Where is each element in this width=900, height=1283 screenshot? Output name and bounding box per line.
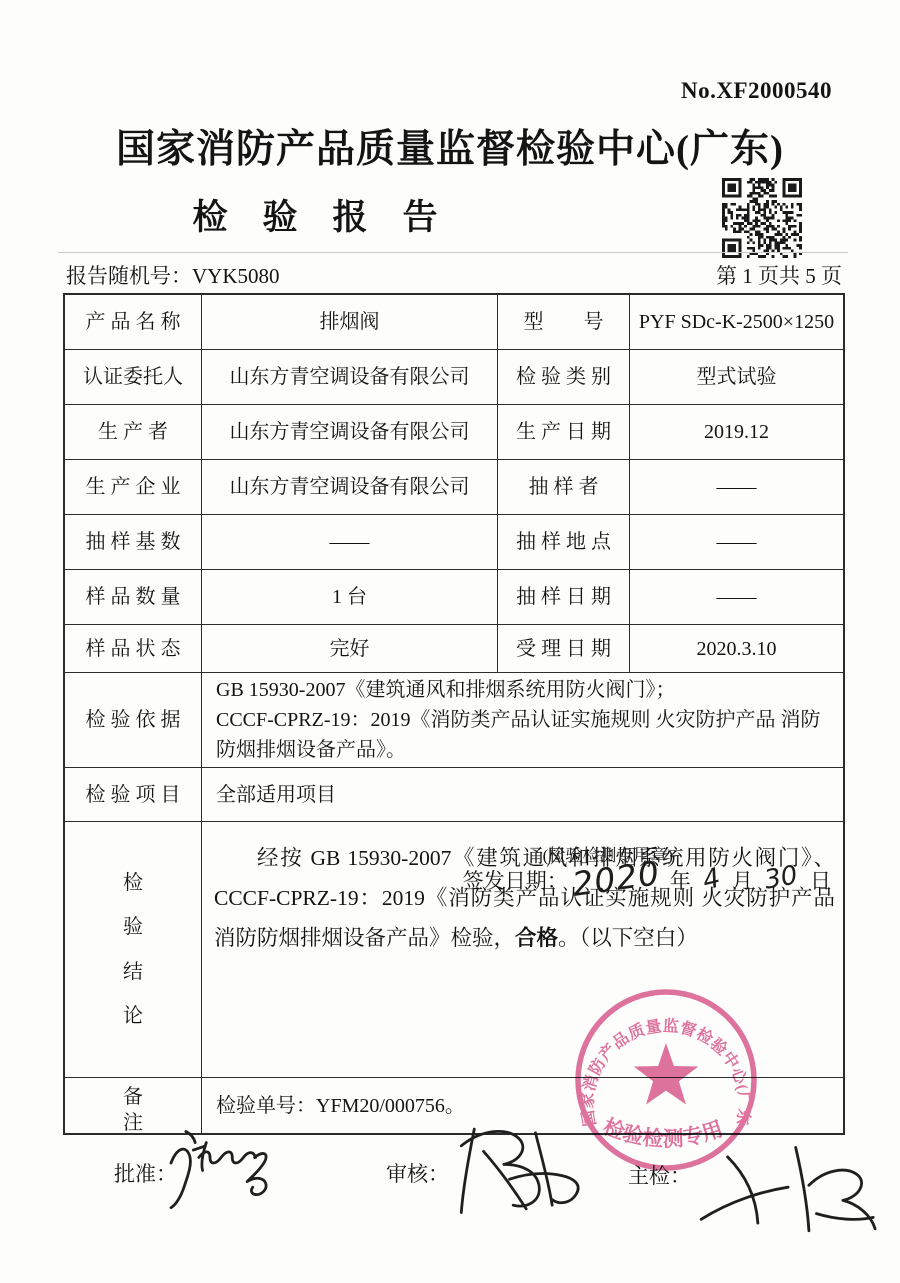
value-manufacturer: 山东方青空调设备有限公司 (202, 460, 498, 515)
value-test-basis: GB 15930-2007《建筑通风和排烟系统用防火阀门》； CCCF-CPRZ… (202, 673, 843, 768)
month-unit: 月 (732, 869, 753, 893)
conclusion-text-after: 。（以下空白） (558, 926, 698, 950)
value-model: PYF SDc-K-2500×1250 (630, 295, 843, 350)
remark-label-char: 注 (123, 1110, 143, 1136)
issue-date-line: 签发日期：2020年4月30日 (463, 856, 837, 899)
value-product-name: 排烟阀 (202, 295, 498, 350)
label-sampling-place: 抽 样 地 点 (498, 515, 630, 570)
conclusion-grade: 合格 (515, 926, 558, 950)
scan-separator-line (58, 252, 848, 253)
random-no-label: 报告随机号： (66, 260, 192, 290)
report-table: 产 品 名 称 排烟阀 型 号 PYF SDc-K-2500×1250 认证委托… (63, 293, 845, 1135)
value-test-conclusion: 经按 GB 15930-2007《建筑通风和排烟系统用防火阀门》、CCCF-CP… (202, 822, 843, 1078)
year-unit: 年 (670, 869, 691, 893)
conclusion-label-char: 验 (123, 914, 143, 940)
value-sample-state: 完好 (202, 625, 498, 673)
center-name-title: 国家消防产品质量监督检验中心(广东) (0, 118, 900, 174)
handwritten-month: 4 (699, 861, 724, 899)
value-test-items: 全部适用项目 (202, 768, 843, 822)
approve-signature (158, 1124, 288, 1216)
value-sampling-date: —— (630, 570, 843, 625)
label-sample-quantity: 样 品 数 量 (65, 570, 202, 625)
report-random-number: 报告随机号： VYK5080 (66, 260, 280, 290)
qr-code (722, 176, 802, 260)
remark-label-char: 备 (123, 1084, 143, 1110)
chief-signature (695, 1138, 885, 1242)
value-sampler: —— (630, 460, 843, 515)
value-producer: 山东方青空调设备有限公司 (202, 405, 498, 460)
page-indicator: 第 1 页共 5 页 (716, 260, 842, 290)
label-producer: 生 产 者 (65, 405, 202, 460)
meta-row: 报告随机号： VYK5080 第 1 页共 5 页 (66, 260, 842, 290)
value-sampling-place: —— (630, 515, 843, 570)
label-test-conclusion: 检 验 结 论 (65, 822, 202, 1078)
handwritten-year: 2020 (569, 852, 662, 907)
label-manufacturer: 生 产 企 业 (65, 460, 202, 515)
value-applicant: 山东方青空调设备有限公司 (202, 350, 498, 405)
inspection-report-page: No.XF2000540 国家消防产品质量监督检验中心(广东) 检 验 报 告 … (0, 0, 900, 1283)
value-acceptance-date: 2020.3.10 (630, 625, 843, 673)
label-applicant: 认证委托人 (65, 350, 202, 405)
value-sampling-base: —— (202, 515, 498, 570)
label-production-date: 生 产 日 期 (498, 405, 630, 460)
label-sampling-base: 抽 样 基 数 (65, 515, 202, 570)
label-sampler: 抽 样 者 (498, 460, 630, 515)
review-signature (436, 1118, 596, 1220)
label-test-type: 检 验 类 别 (498, 350, 630, 405)
label-acceptance-date: 受 理 日 期 (498, 625, 630, 673)
value-test-type: 型式试验 (630, 350, 843, 405)
value-sample-quantity: 1 台 (202, 570, 498, 625)
handwritten-day: 30 (762, 860, 800, 899)
day-unit: 日 (810, 869, 831, 893)
conclusion-label-char: 论 (123, 1003, 143, 1029)
label-test-items: 检 验 项 目 (65, 768, 202, 822)
random-no-value: VYK5080 (192, 264, 280, 289)
chief-label: 主检： (628, 1160, 691, 1190)
label-test-basis: 检 验 依 据 (65, 673, 202, 768)
label-product-name: 产 品 名 称 (65, 295, 202, 350)
report-title: 检 验 报 告 (0, 190, 630, 240)
report-number: No.XF2000540 (681, 78, 832, 104)
label-model: 型 号 (498, 295, 630, 350)
conclusion-label-char: 检 (123, 870, 143, 896)
issue-date-label: 签发日期： (463, 869, 568, 893)
value-production-date: 2019.12 (630, 405, 843, 460)
conclusion-label-char: 结 (123, 959, 143, 985)
test-basis-line2: CCCF-CPRZ-19：2019《消防类产品认证实施规则 火灾防护产品 消防防… (216, 705, 829, 765)
label-sampling-date: 抽 样 日 期 (498, 570, 630, 625)
test-basis-line1: GB 15930-2007《建筑通风和排烟系统用防火阀门》； (216, 675, 675, 705)
label-sample-state: 样 品 状 态 (65, 625, 202, 673)
